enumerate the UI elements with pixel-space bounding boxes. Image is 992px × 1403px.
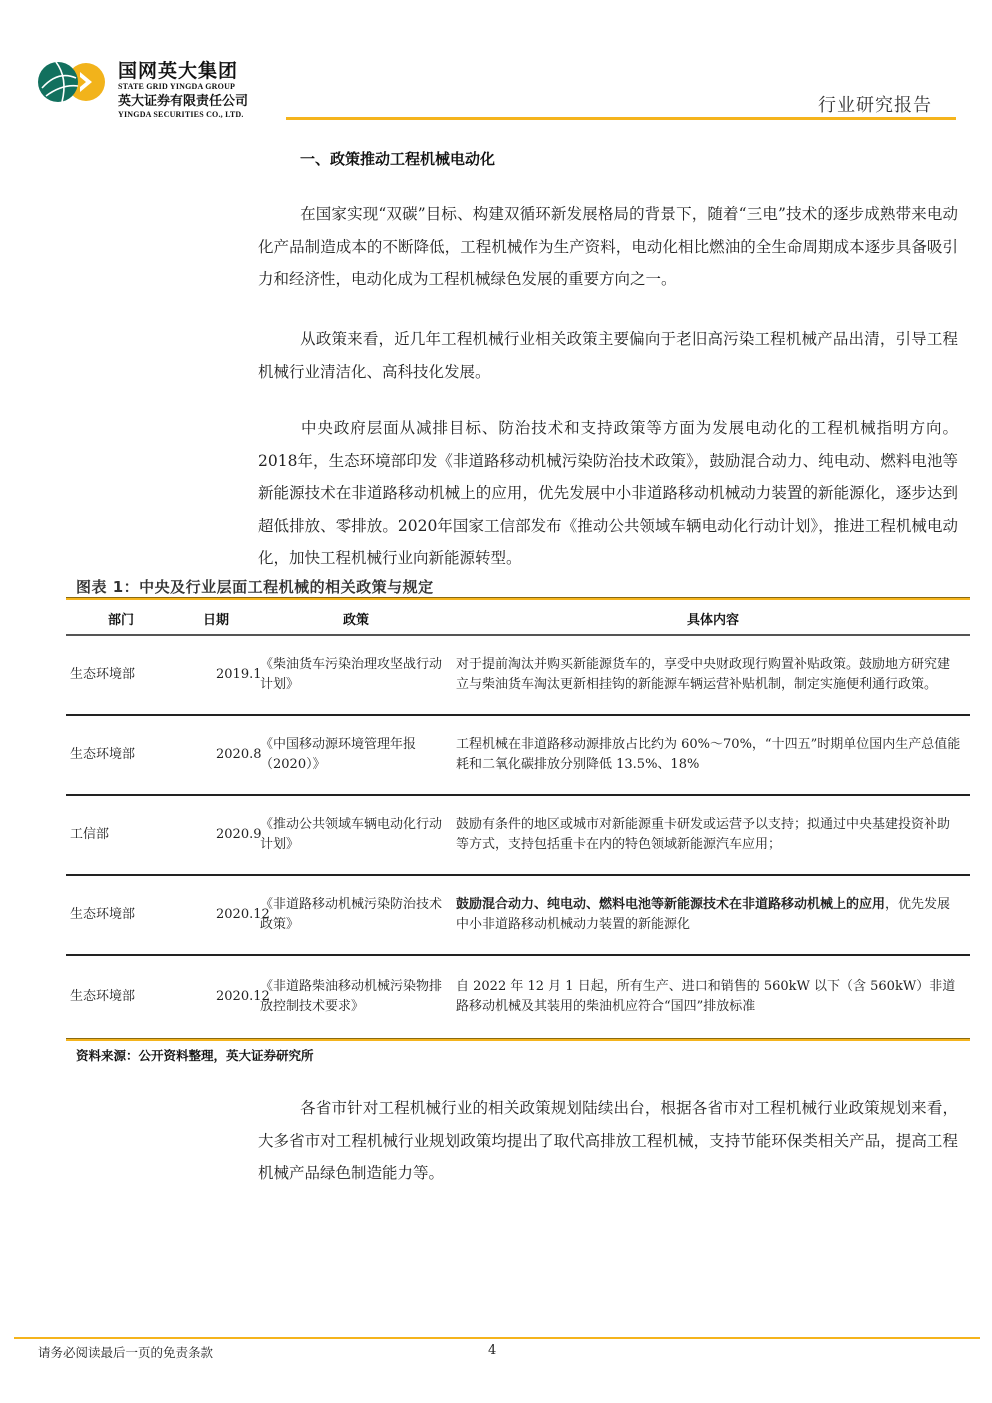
table-row: 生态环境部 2020.12 《非道路柴油移动机械污染物排放控制技术要求》 自 2… — [66, 955, 970, 1038]
paragraph-1: 在国家实现“双碳”目标、构建双循环新发展格局的背景下，随着“三电”技术的逐步成熟… — [258, 198, 958, 296]
report-type-label: 行业研究报告 — [818, 91, 932, 117]
figure-top-rule — [66, 597, 970, 600]
section-title: 一、政策推动工程机械电动化 — [300, 148, 495, 169]
brand-name-cn: 国网英大集团 — [118, 60, 248, 82]
column-header-content: 具体内容 — [456, 602, 970, 635]
cell-policy: 《非道路移动机械污染防治技术政策》 — [256, 875, 456, 955]
cell-date: 2020.9 — [176, 795, 256, 875]
paragraph-3: 中央政府层面从减排目标、防治技术和支持政策等方面为发展电动化的工程机械指明方向。… — [258, 412, 958, 575]
header-divider — [286, 117, 956, 120]
paragraph-2: 从政策来看，近几年工程机械行业相关政策主要偏向于老旧高污染工程机械产品出清，引导… — [258, 323, 958, 388]
column-header-date: 日期 — [176, 602, 256, 635]
column-header-policy: 政策 — [256, 602, 456, 635]
cell-dept: 生态环境部 — [66, 715, 176, 795]
table-header-row: 部门 日期 政策 具体内容 — [66, 602, 970, 635]
brand-block: 国网英大集团 STATE GRID YINGDA GROUP 英大证券有限责任公… — [118, 60, 248, 120]
cell-dept: 工信部 — [66, 795, 176, 875]
column-header-dept: 部门 — [66, 602, 176, 635]
cell-date: 2020.8 — [176, 715, 256, 795]
table-row: 生态环境部 2020.8 《中国移动源环境管理年报（2020）》 工程机械在非道… — [66, 715, 970, 795]
footer-divider — [14, 1337, 980, 1339]
figure-bottom-rule — [66, 1038, 970, 1041]
state-grid-yingda-logo-icon — [36, 58, 108, 106]
cell-policy: 《柴油货车污染治理攻坚战行动计划》 — [256, 635, 456, 715]
cell-content: 自 2022 年 12 月 1 日起，所有生产、进口和销售的 560kW 以下（… — [456, 955, 970, 1038]
table-row: 生态环境部 2019.1 《柴油货车污染治理攻坚战行动计划》 对于提前淘汰并购买… — [66, 635, 970, 715]
figure-source: 资料来源：公开资料整理，英大证券研究所 — [76, 1046, 314, 1064]
cell-content: 鼓励混合动力、纯电动、燃料电池等新能源技术在非道路移动机械上的应用，优先发展中小… — [456, 875, 970, 955]
cell-dept: 生态环境部 — [66, 955, 176, 1038]
policy-table: 部门 日期 政策 具体内容 生态环境部 2019.1 《柴油货车污染治理攻坚战行… — [66, 602, 970, 1038]
page-header: 国网英大集团 STATE GRID YINGDA GROUP 英大证券有限责任公… — [0, 0, 992, 130]
table-row: 生态环境部 2020.12 《非道路移动机械污染防治技术政策》 鼓励混合动力、纯… — [66, 875, 970, 955]
cell-content: 工程机械在非道路移动源排放占比约为 60%～70%，“十四五”时期单位国内生产总… — [456, 715, 970, 795]
cell-policy: 《非道路柴油移动机械污染物排放控制技术要求》 — [256, 955, 456, 1038]
cell-content: 鼓励有条件的地区或城市对新能源重卡研发或运营予以支持；拟通过中央基建投资补助等方… — [456, 795, 970, 875]
cell-dept: 生态环境部 — [66, 875, 176, 955]
cell-policy: 《中国移动源环境管理年报（2020）》 — [256, 715, 456, 795]
page-number: 4 — [488, 1343, 496, 1358]
figure-title: 图表 1：中央及行业层面工程机械的相关政策与规定 — [76, 576, 434, 597]
cell-dept: 生态环境部 — [66, 635, 176, 715]
cell-content: 对于提前淘汰并购买新能源货车的，享受中央财政现行购置补贴政策。鼓励地方研究建立与… — [456, 635, 970, 715]
table-row: 工信部 2020.9 《推动公共领域车辆电动化行动计划》 鼓励有条件的地区或城市… — [66, 795, 970, 875]
cell-date: 2020.12 — [176, 955, 256, 1038]
cell-date: 2019.1 — [176, 635, 256, 715]
cell-policy: 《推动公共领域车辆电动化行动计划》 — [256, 795, 456, 875]
brand-name-en: STATE GRID YINGDA GROUP — [118, 82, 248, 92]
company-name-cn: 英大证券有限责任公司 — [118, 94, 248, 110]
paragraph-4: 各省市针对工程机械行业的相关政策规划陆续出台，根据各省市对工程机械行业政策规划来… — [258, 1092, 958, 1190]
disclaimer-note: 请务必阅读最后一页的免责条款 — [38, 1343, 213, 1361]
company-name-en: YINGDA SECURITIES CO., LTD. — [118, 110, 248, 120]
cell-date: 2020.12 — [176, 875, 256, 955]
